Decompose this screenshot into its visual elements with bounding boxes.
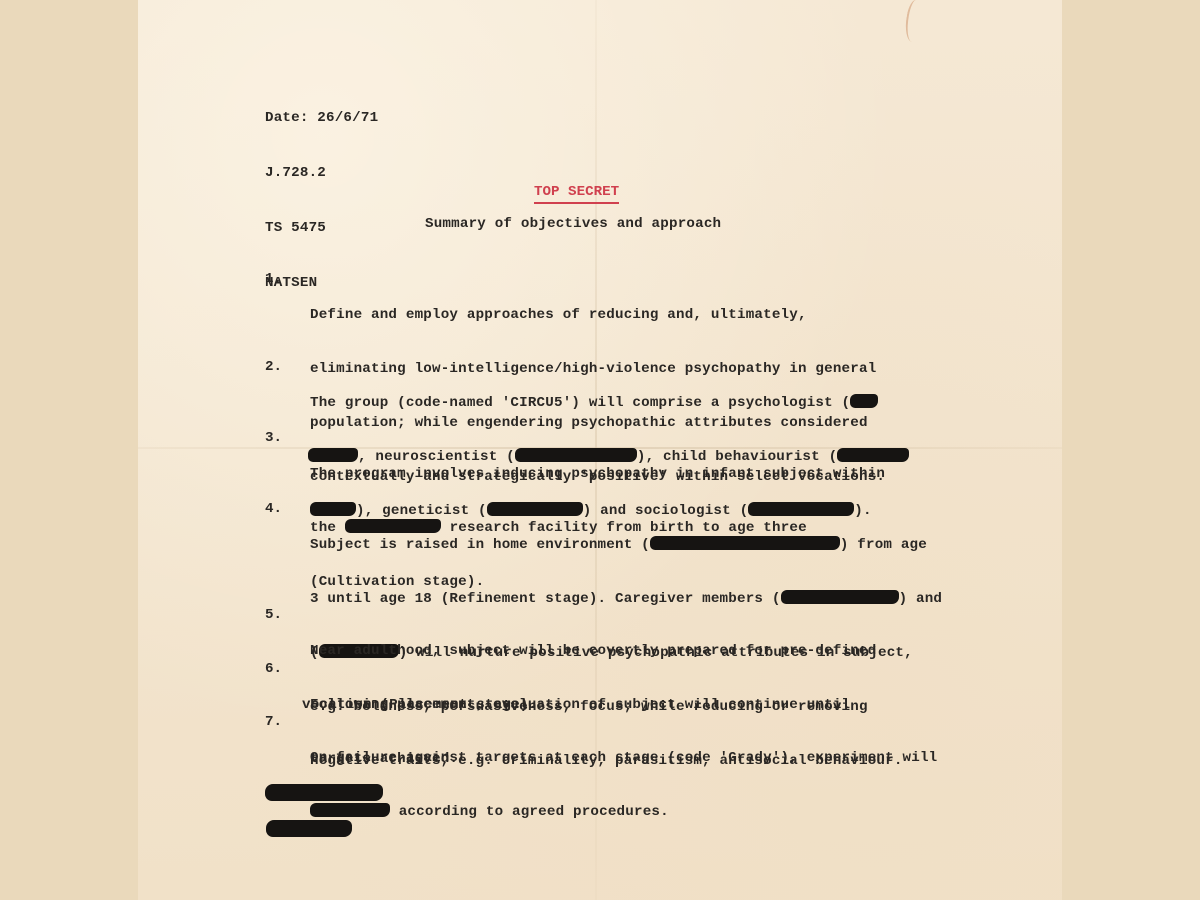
item-line: Define and employ approaches of reducing… <box>310 306 885 324</box>
item-number: 7. <box>265 713 282 731</box>
item-text: ) from age <box>840 537 927 553</box>
item-text: according to agreed procedures. <box>390 804 669 820</box>
item-text: 3 until age 18 (Refinement stage). Careg… <box>310 591 781 607</box>
item-line: Near adulthood, subject will be covertly… <box>310 642 876 660</box>
paper-stain <box>902 0 925 43</box>
redaction <box>781 590 899 604</box>
item-line: Following placement, evaluation of subje… <box>310 696 850 714</box>
item-number: 2. <box>265 358 282 376</box>
redaction <box>310 803 390 817</box>
document-subtitle: Summary of objectives and approach <box>425 215 721 233</box>
document-ts-number: TS 5475 <box>265 219 378 238</box>
item-number: 5. <box>265 606 282 624</box>
item-number: 4. <box>265 500 282 518</box>
signature-title-redaction <box>266 820 352 837</box>
item-text: Subject is raised in home environment ( <box>310 537 650 553</box>
signature-redaction <box>265 784 383 801</box>
redaction <box>650 536 840 550</box>
item-line: On failure against targets at each stage… <box>310 749 937 767</box>
redaction <box>850 394 878 408</box>
item-number: 1. <box>265 270 282 288</box>
document-reference: J.728.2 <box>265 164 378 183</box>
item-number: 6. <box>265 660 282 678</box>
list-item-7: On failure against targets at each stage… <box>310 713 937 839</box>
item-text: The group (code-named 'CIRCU5') will com… <box>310 395 850 411</box>
document-date: Date: 26/6/71 <box>265 109 378 128</box>
item-text: ) and <box>899 591 943 607</box>
item-line: The program involves inducing psychopath… <box>310 465 885 483</box>
item-number: 3. <box>265 429 282 447</box>
classification-stamp: TOP SECRET <box>534 183 619 204</box>
